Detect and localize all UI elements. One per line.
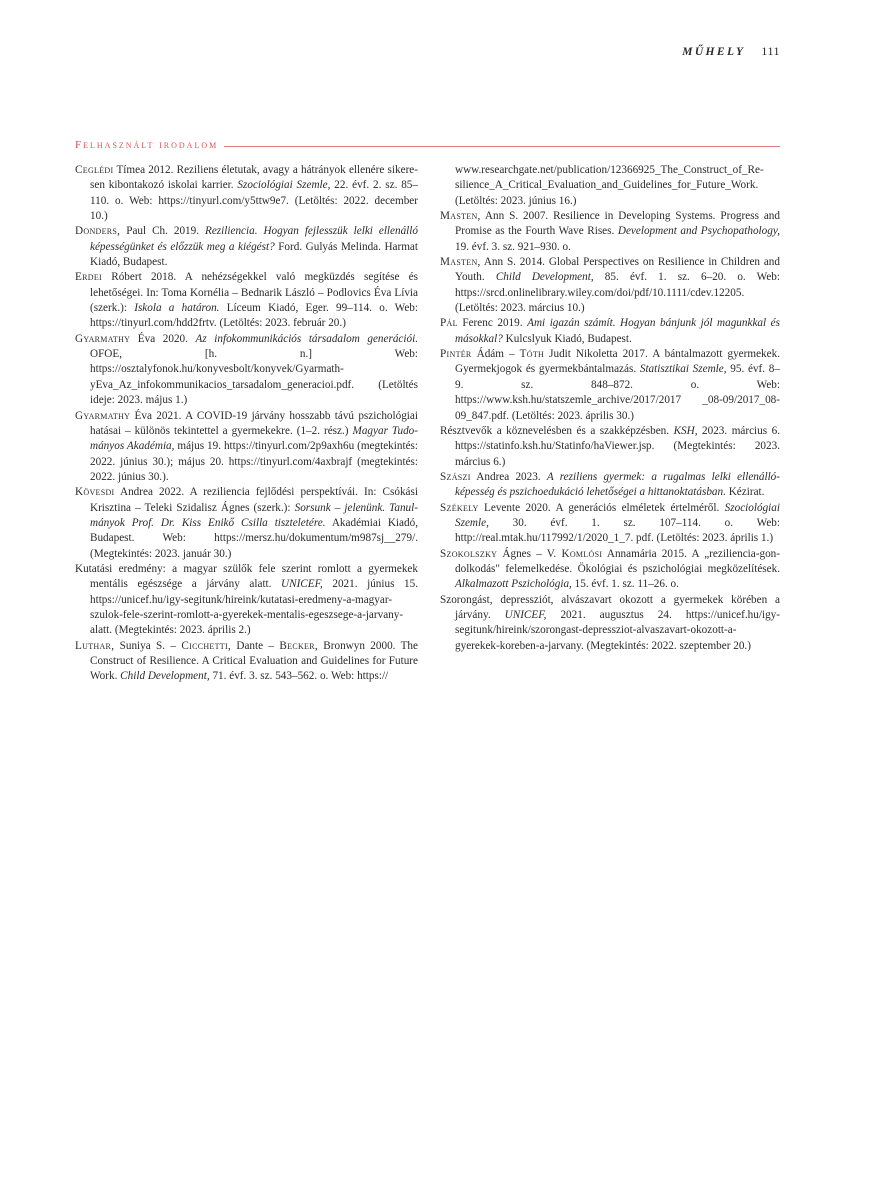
- reference-author: Erdei: [75, 271, 102, 283]
- reference-entry: Pintér Ádám – Tóth Judit Nikoletta 2017.…: [440, 347, 780, 424]
- reference-source: Statisztikai Szemle,: [640, 363, 727, 375]
- reference-author: Ceglédi: [75, 164, 113, 176]
- reference-author: Székely: [440, 502, 479, 514]
- reference-author: Cicchetti,: [181, 640, 231, 652]
- reference-author: Gyarmathy: [75, 410, 130, 422]
- references-column-left: Ceglédi Tímea 2012. Reziliens életutak, …: [75, 163, 418, 685]
- reference-entry: Donders, Paul Ch. 2019. Reziliencia. Hog…: [75, 224, 418, 270]
- reference-source: Child Development,: [120, 670, 209, 682]
- reference-source: Development and Psychopathology,: [618, 225, 780, 237]
- reference-source: Az infokommunikációs társadalom generáci…: [196, 333, 419, 345]
- reference-entry: Gyarmathy Éva 2021. A COVID-19 járvány h…: [75, 409, 418, 486]
- heading-rule: [224, 146, 780, 147]
- reference-author: Donders,: [75, 225, 120, 237]
- reference-author: Pál: [440, 317, 458, 329]
- reference-author: Luthar,: [75, 640, 114, 652]
- reference-source: Alkalmazott Pszichológia,: [455, 578, 572, 590]
- reference-entry: Erdei Róbert 2018. A nehézségekkel való …: [75, 270, 418, 331]
- references-heading: Felhasznált irodalom: [75, 139, 218, 151]
- reference-source: KSH,: [674, 425, 698, 437]
- reference-entry: Masten, Ann S. 2014. Global Perspectives…: [440, 255, 780, 316]
- reference-author: Masten,: [440, 210, 481, 222]
- page-number: 111: [761, 44, 780, 59]
- references-heading-row: Felhasznált irodalom: [75, 139, 780, 151]
- reference-source: UNICEF,: [281, 578, 323, 590]
- reference-author: Masten,: [440, 256, 481, 268]
- reference-entry: Szokolszky Ágnes – V. Komlósi Annamária …: [440, 547, 780, 593]
- reference-entry: Pál Ferenc 2019. Ami igazán számít. Hogy…: [440, 316, 780, 347]
- reference-source: Iskola a határon.: [134, 302, 219, 314]
- reference-author: Gyarmathy: [75, 333, 130, 345]
- reference-entry: Gyarmathy Éva 2020. Az infokommunikációs…: [75, 332, 418, 409]
- reference-entry: Szászi Andrea 2023. A reziliens gyermek:…: [440, 470, 780, 501]
- reference-continuation: www.researchgate.net/publication/1236692…: [440, 163, 780, 209]
- reference-entry: Luthar, Suniya S. – Cicchetti, Dante – B…: [75, 639, 418, 685]
- reference-author: Szokolszky: [440, 548, 497, 560]
- reference-entry: Kutatási eredmény: a magyar szülők fele …: [75, 562, 418, 639]
- reference-entry: Masten, Ann S. 2007. Resilience in Devel…: [440, 209, 780, 255]
- section-title: MŰHELY: [682, 46, 745, 58]
- reference-entry: Ceglédi Tímea 2012. Reziliens életutak, …: [75, 163, 418, 224]
- reference-author: Tóth: [520, 348, 544, 360]
- reference-entry: Résztvevők a köznevelésben és a szakképz…: [440, 424, 780, 470]
- reference-author: Komlósi: [561, 548, 602, 560]
- reference-entry: Szorongást, depressziót, alvászavart oko…: [440, 593, 780, 654]
- reference-author: Kövesdi: [75, 486, 115, 498]
- reference-author: Becker,: [279, 640, 318, 652]
- reference-entry: Székely Levente 2020. A generációs elmél…: [440, 501, 780, 547]
- reference-author: Szászi: [440, 471, 471, 483]
- reference-source: UNICEF,: [505, 609, 547, 621]
- reference-source: Szociológiai Szemle,: [237, 179, 330, 191]
- reference-entry: Kövesdi Andrea 2022. A reziliencia fejlő…: [75, 485, 418, 562]
- reference-author: Pintér: [440, 348, 472, 360]
- reference-source: Child Development,: [496, 271, 594, 283]
- running-head: MŰHELY 111: [682, 44, 780, 59]
- references-column-right: www.researchgate.net/publication/1236692…: [440, 163, 780, 654]
